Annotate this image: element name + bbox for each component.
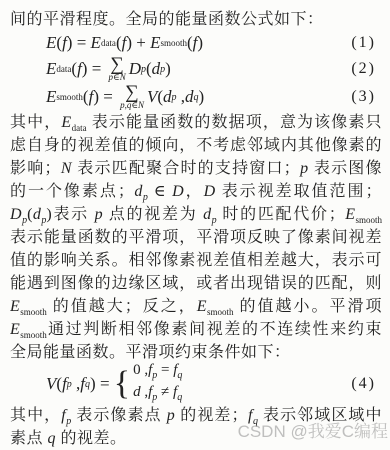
equation-2: Edata(f) = ∑p∈NDp(dp) (2) [10, 55, 382, 83]
text-column: 间的平滑程度。全局的能量函数公式如下： E(f) = Edata(f) + Es… [0, 0, 390, 450]
text-line: 素点 q 的视差。 [10, 427, 382, 450]
text-line: Dp(dp)表示 p 点的视差为 dp 时的匹配代价；Esmooth [10, 203, 382, 226]
equation-2-number: (2) [351, 60, 376, 78]
text-line: 其中，fp 表示像素点 p 的视差；fq 表示邻域区域中像 [10, 404, 382, 427]
equation-1-formula: E(f) = Edata(f) + Esmooth(f) [46, 33, 203, 53]
text-line: 其中，Edata 表示能量函数的数据项，意为该像素只考 [10, 111, 382, 134]
document-page: 间的平滑程度。全局的能量函数公式如下： E(f) = Edata(f) + Es… [0, 0, 390, 450]
body-paragraph: 其中，Edata 表示能量函数的数据项，意为该像素只考虑自身的视差值的倾向，不考… [10, 111, 382, 364]
equation-4: V(fp ,fq) = {0 ,fp = fqd ,fp ≠ fq (4) [10, 364, 382, 404]
text-line: 表示能量函数的平滑项，平滑项反映了像素间视差 [10, 226, 382, 249]
equation-1-number: (1) [351, 34, 376, 52]
text-line: 能遇到图像的边缘区域，或者出现错误的匹配，则 [10, 272, 382, 295]
text-line: 值的影响关系。相邻像素视差值相差越大，表示可 [10, 249, 382, 272]
text-line: 间的平滑程度。全局的能量函数公式如下： [10, 8, 382, 31]
equation-3: Esmooth(f) = ∑p,q∈NV(dp ,dq) (3) [10, 83, 382, 111]
sum-operator: ∑p∈N [109, 56, 126, 82]
text-line: Esmooth 的值越大；反之，Esmooth 的值越小。平滑项 [10, 295, 382, 318]
text-line: 虑自身的视差值的倾向，不考虑邻域内其他像素的 [10, 134, 382, 157]
equation-3-formula: Esmooth(f) = ∑p,q∈NV(dp ,dq) [46, 84, 204, 110]
equation-1: E(f) = Edata(f) + Esmooth(f) (1) [10, 31, 382, 55]
equation-4-formula: V(fp ,fq) = {0 ,fp = fqd ,fp ≠ fq [46, 362, 182, 406]
equation-3-number: (3) [351, 88, 376, 106]
text-line: 全局能量函数。平滑项约束条件如下： [10, 341, 382, 364]
text-line: 影响；N 表示匹配聚合时的支持窗口；p 表示图像中 [10, 157, 382, 180]
cases-group: {0 ,fp = fqd ,fp ≠ fq [114, 362, 183, 406]
case-row: d ,fp ≠ fq [133, 384, 182, 406]
equation-2-formula: Edata(f) = ∑p∈NDp(dp) [46, 56, 171, 82]
text-line: Esmooth通过判断相邻像素间视差的不连续性来约束 [10, 318, 382, 341]
case-row: 0 ,fp = fq [133, 362, 182, 384]
equation-4-number: (4) [351, 375, 376, 393]
tail-paragraph: 其中，fp 表示像素点 p 的视差；fq 表示邻域区域中像素点 q 的视差。 [10, 404, 382, 450]
sum-operator: ∑p,q∈N [120, 84, 144, 110]
text-line: 的一个像素点；dp ∈ D，D 表示视差取值范围； [10, 180, 382, 203]
left-brace: { [114, 367, 130, 401]
intro-paragraph: 间的平滑程度。全局的能量函数公式如下： [10, 8, 382, 31]
